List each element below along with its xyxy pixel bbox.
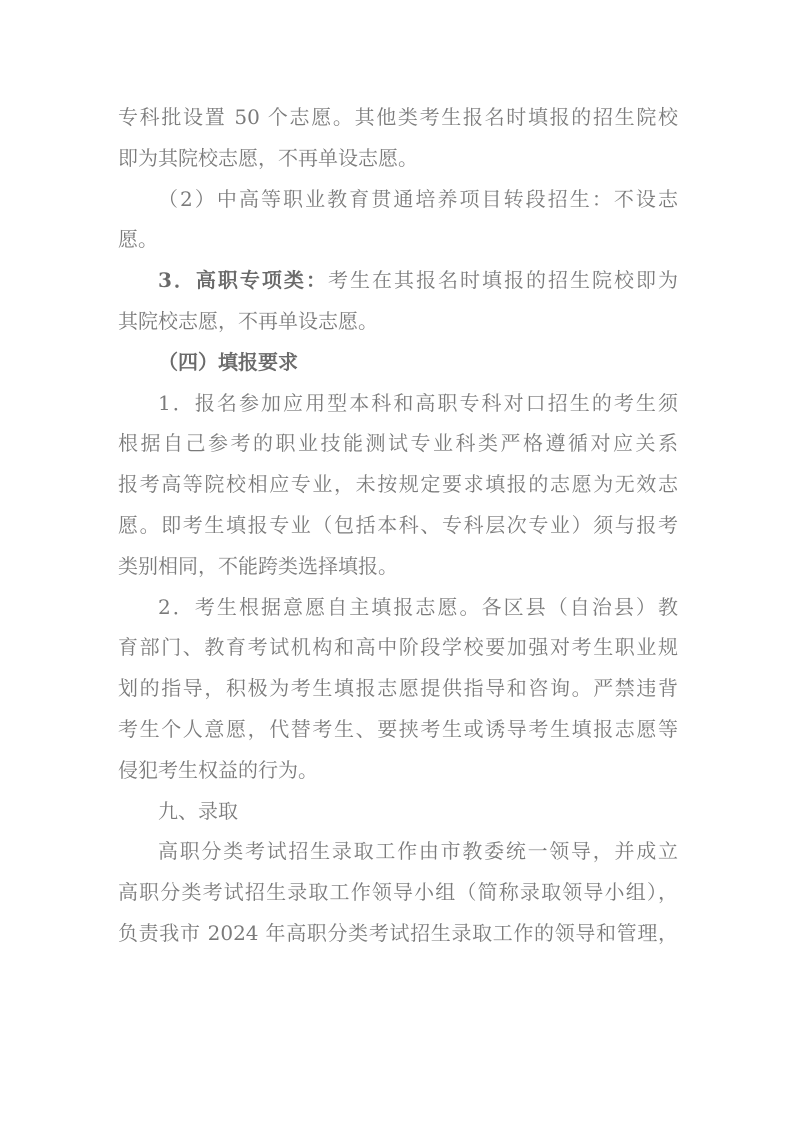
text-line: 愿。 xyxy=(118,219,678,260)
paragraph-special-category: 3．高职专项类：考生在其报名时填报的招生院校即为 其院校志愿，不再单设志愿。 xyxy=(118,260,678,342)
text-line: 类别相同，不能跨类选择填报。 xyxy=(118,546,678,587)
text-run: 考生在其报名时填报的招生院校即为 xyxy=(328,268,678,292)
text-line: 高职分类考试招生录取工作领导小组（简称录取领导小组）， xyxy=(118,872,678,913)
paragraph-requirement-1: 1．报名参加应用型本科和高职专科对口招生的考生须 根据自己参考的职业技能测试专业… xyxy=(118,383,678,587)
text-line: 3．高职专项类：考生在其报名时填报的招生院校即为 xyxy=(118,260,678,301)
paragraph-admission-leadership: 高职分类考试招生录取工作由市教委统一领导，并成立 高职分类考试招生录取工作领导小… xyxy=(118,831,678,953)
heading-text: 九、录取 xyxy=(118,791,678,832)
paragraph-volunteer-settings: 专科批设置 50 个志愿。其他类考生报名时填报的招生院校 即为其院校志愿，不再单… xyxy=(118,97,678,179)
text-line: 愿。即考生填报专业（包括本科、专科层次专业）须与报考 xyxy=(118,505,678,546)
text-line: 其院校志愿，不再单设志愿。 xyxy=(118,301,678,342)
text-line: 侵犯考生权益的行为。 xyxy=(118,750,678,791)
text-line: 高职分类考试招生录取工作由市教委统一领导，并成立 xyxy=(118,831,678,872)
text-line: 考生个人意愿，代替考生、要挟考生或诱导考生填报志愿等 xyxy=(118,709,678,750)
text-line: 报考高等院校相应专业，未按规定要求填报的志愿为无效志 xyxy=(118,464,678,505)
text-line: 2．考生根据意愿自主填报志愿。各区县（自治县）教 xyxy=(118,587,678,628)
text-line: 划的指导，积极为考生填报志愿提供指导和咨询。严禁违背 xyxy=(118,668,678,709)
section-heading-admission: 九、录取 xyxy=(118,791,678,832)
paragraph-requirement-2: 2．考生根据意愿自主填报志愿。各区县（自治县）教 育部门、教育考试机构和高中阶段… xyxy=(118,587,678,791)
text-line: （2）中高等职业教育贯通培养项目转段招生：不设志 xyxy=(118,179,678,220)
text-line: 根据自己参考的职业技能测试专业科类严格遵循对应关系 xyxy=(118,423,678,464)
text-line: 1．报名参加应用型本科和高职专科对口招生的考生须 xyxy=(118,383,678,424)
paragraph-transfer-enrollment: （2）中高等职业教育贯通培养项目转段招生：不设志 愿。 xyxy=(118,179,678,261)
bold-lead: 3．高职专项类： xyxy=(158,268,328,292)
document-page: 专科批设置 50 个志愿。其他类考生报名时填报的招生院校 即为其院校志愿，不再单… xyxy=(0,0,794,1122)
text-line: 负责我市 2024 年高职分类考试招生录取工作的领导和管理， xyxy=(118,913,678,954)
text-line: 育部门、教育考试机构和高中阶段学校要加强对考生职业规 xyxy=(118,627,678,668)
text-line: 即为其院校志愿，不再单设志愿。 xyxy=(118,138,678,179)
section-heading-fill-requirements: （四）填报要求 xyxy=(118,342,678,383)
text-line: 专科批设置 50 个志愿。其他类考生报名时填报的招生院校 xyxy=(118,97,678,138)
heading-text: （四）填报要求 xyxy=(118,342,678,383)
document-body: 专科批设置 50 个志愿。其他类考生报名时填报的招生院校 即为其院校志愿，不再单… xyxy=(118,97,678,954)
